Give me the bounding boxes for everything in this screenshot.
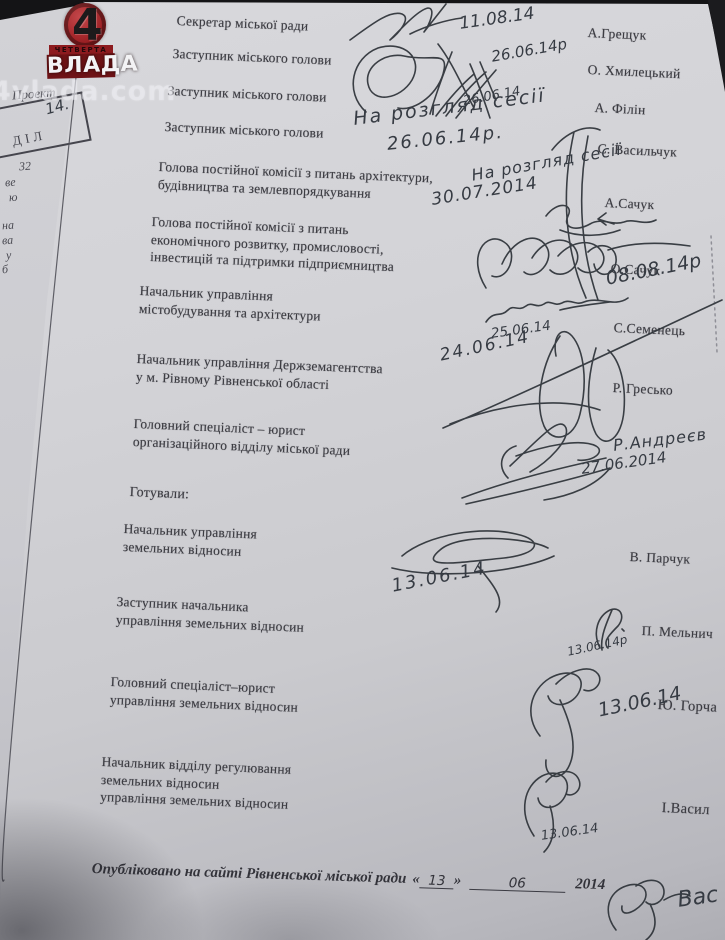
published-year: 2014	[575, 876, 606, 894]
signature-7	[486, 298, 628, 322]
published-day: 13	[420, 874, 454, 890]
sheet-edge	[2, 2, 84, 881]
published-month: 06	[469, 875, 565, 893]
binding-marks	[711, 236, 717, 352]
signature-8	[443, 300, 722, 441]
signature-1	[350, 4, 462, 40]
signature-12	[531, 669, 600, 776]
photographed-document: Проект 14. ДІЛ 32 ве ю на ва у б Секрета…	[0, 0, 725, 940]
quote-close: »	[454, 872, 462, 889]
